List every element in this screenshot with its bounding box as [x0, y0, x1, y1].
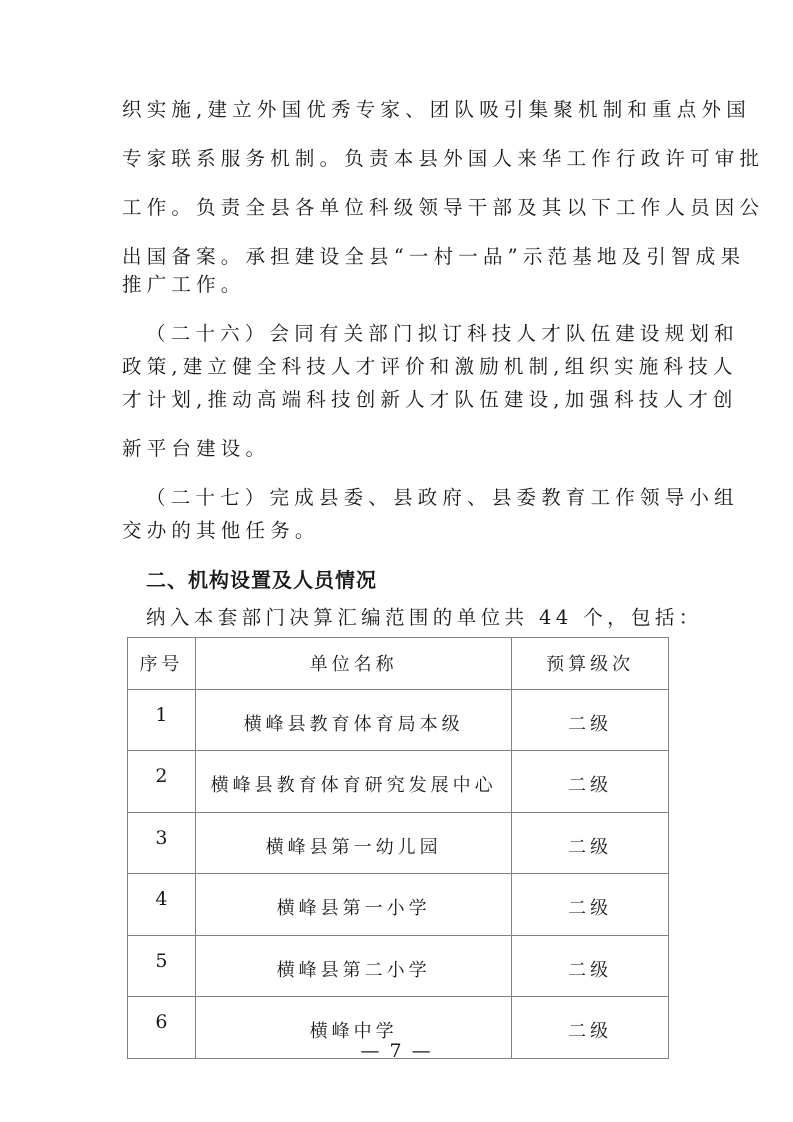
text-line: 推广工作。: [122, 273, 246, 297]
text-line: 交办的其他任务。: [122, 519, 320, 543]
row-index: 5: [128, 935, 196, 997]
text-line: 织实施,建立外国优秀专家、团队吸引集聚机制和重点外国: [122, 98, 751, 122]
row-unit-name: 横峰县第一小学: [195, 874, 511, 936]
text-line: 出国备案。承担建设全县“一村一品”示范基地及引智成果: [122, 245, 745, 269]
table-row: 3 横峰县第一幼儿园 二级: [128, 812, 669, 874]
table-row: 4 横峰县第一小学 二级: [128, 874, 669, 936]
row-index: 3: [128, 812, 196, 874]
text-line: （二十七）完成县委、县政府、县委教育工作领导小组: [146, 486, 739, 510]
row-budget-level: 二级: [512, 751, 669, 813]
row-unit-name: 横峰县教育体育局本级: [195, 689, 511, 751]
table-row: 1 横峰县教育体育局本级 二级: [128, 689, 669, 751]
row-index: 2: [128, 751, 196, 813]
row-budget-level: 二级: [512, 935, 669, 997]
text-line: 工作。负责全县各单位科级领导干部及其以下工作人员因公: [122, 196, 764, 220]
table-row: 5 横峰县第二小学 二级: [128, 935, 669, 997]
table-header-row: 序号 单位名称 预算级次: [128, 638, 669, 690]
text-line: 政策,建立健全科技人才评价和激励机制,组织实施科技人: [122, 355, 738, 379]
row-unit-name: 横峰县教育体育研究发展中心: [195, 751, 511, 813]
section-heading: 二、机构设置及人员情况: [146, 564, 377, 593]
row-budget-level: 二级: [512, 874, 669, 936]
header-unit-name: 单位名称: [195, 638, 511, 690]
row-index: 1: [128, 689, 196, 751]
page-number: — 7 —: [0, 1040, 793, 1062]
header-index: 序号: [128, 638, 196, 690]
row-budget-level: 二级: [512, 812, 669, 874]
row-budget-level: 二级: [512, 689, 669, 751]
intro-text: 纳入本套部门决算汇编范围的单位共 44 个，包括：: [146, 606, 703, 630]
row-unit-name: 横峰县第二小学: [195, 935, 511, 997]
header-budget-level: 预算级次: [512, 638, 669, 690]
text-line: 才计划,推动高端科技创新人才队伍建设,加强科技人才创: [122, 388, 738, 412]
row-index: 4: [128, 874, 196, 936]
table-row: 2 横峰县教育体育研究发展中心 二级: [128, 751, 669, 813]
row-unit-name: 横峰县第一幼儿园: [195, 812, 511, 874]
text-line: （二十六）会同有关部门拟订科技人才队伍建设规划和: [146, 322, 739, 346]
text-line: 专家联系服务机制。负责本县外国人来华工作行政许可审批: [122, 147, 764, 171]
units-table: 序号 单位名称 预算级次 1 横峰县教育体育局本级 二级 2 横峰县教育体育研究…: [127, 637, 669, 1059]
text-line: 新平台建设。: [122, 437, 270, 461]
